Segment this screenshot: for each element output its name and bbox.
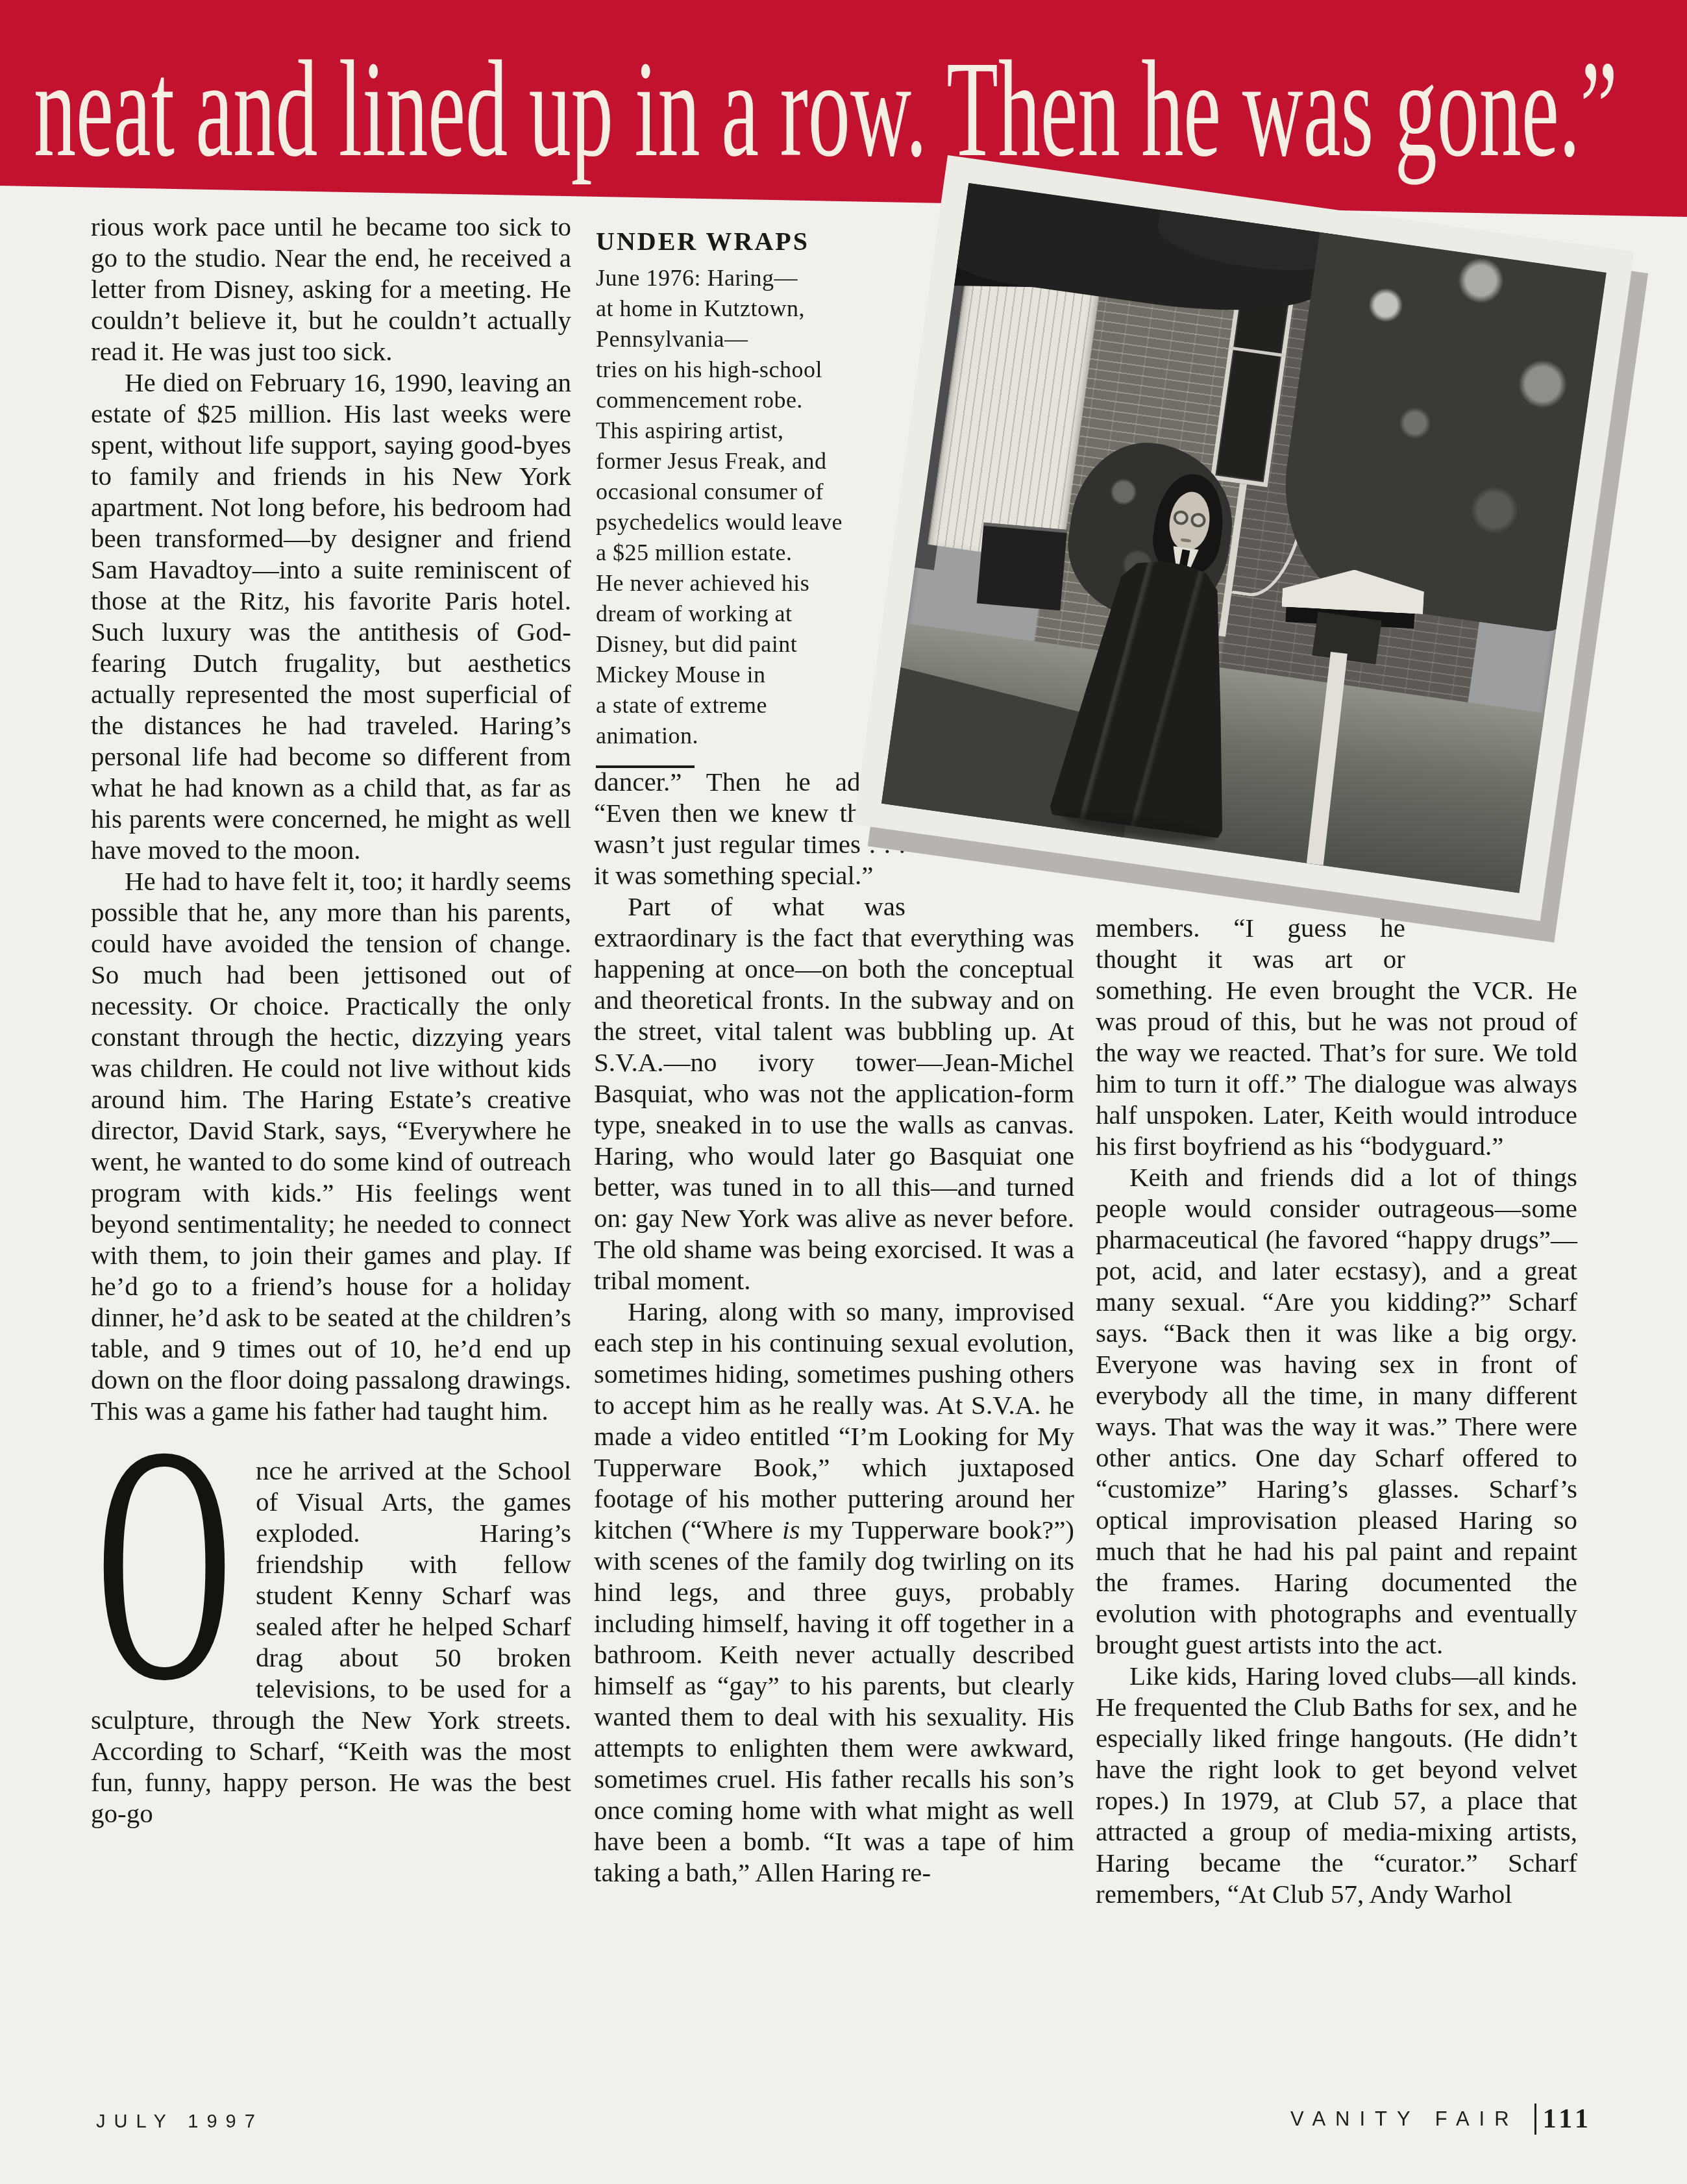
tree-foliage-right [1269, 220, 1607, 634]
paragraph-text: Haring, along with so many, improvised e… [594, 1297, 1074, 1545]
paragraph: He died on February 16, 1990, leaving an… [91, 367, 571, 865]
caption-body: June 1976: Haring— at home in Kutztown, … [596, 263, 901, 751]
footer-divider [1534, 2103, 1536, 2135]
drop-cap-paragraph: O nce he arrived at the School of Visual… [91, 1455, 571, 1829]
photo-text-wrap-spacer [1405, 912, 1577, 946]
column-3: members. “I guess he thought it was art … [1096, 912, 1577, 1909]
drop-cap-letter: O [96, 1376, 232, 1750]
paragraph: Like kids, Haring loved clubs—all kinds.… [1096, 1660, 1577, 1909]
paragraph-text: my Tupperware book?”) with scenes of the… [594, 1515, 1074, 1887]
footer-brand: VANITY FAIR [1290, 2107, 1519, 2131]
paragraph-text: members. “I guess he thought it was art … [1096, 913, 1577, 1161]
paragraph: Part of what was extraordinary is the fa… [594, 891, 1074, 1296]
footer: VANITY FAIR 111 [1290, 2103, 1592, 2135]
headline-svg: neat and lined up in a row. Then he was … [34, 8, 1656, 203]
photo-scene [881, 183, 1607, 893]
planter-box [977, 523, 1067, 611]
headline-text: neat and lined up in a row. Then he was … [34, 32, 1618, 185]
photo-caption: UNDER WRAPS June 1976: Haring— at home i… [596, 226, 901, 768]
magazine-page: neat and lined up in a row. Then he was … [0, 0, 1687, 2184]
paragraph-continuation: members. “I guess he thought it was art … [1096, 912, 1577, 1161]
drop-cap: O [91, 1459, 240, 1680]
italic-word: is [782, 1515, 800, 1545]
column-2: dancer.” Then he added, “Even then we kn… [594, 766, 1074, 1888]
headline-banner: neat and lined up in a row. Then he was … [0, 0, 1687, 224]
caption-heading: UNDER WRAPS [596, 226, 901, 256]
paragraph: He had to have felt it, too; it hardly s… [91, 865, 571, 1426]
paragraph-continuation: rious work pace until he became too sick… [91, 211, 571, 367]
footer-page-number: 111 [1543, 2103, 1592, 2135]
column-1: rious work pace until he became too sick… [91, 211, 571, 1829]
paragraph: Keith and friends did a lot of things pe… [1096, 1161, 1577, 1660]
paragraph: Haring, along with so many, improvised e… [594, 1296, 1074, 1888]
footer-issue-date: JULY 1997 [96, 2111, 264, 2133]
graduation-photo [854, 155, 1634, 921]
